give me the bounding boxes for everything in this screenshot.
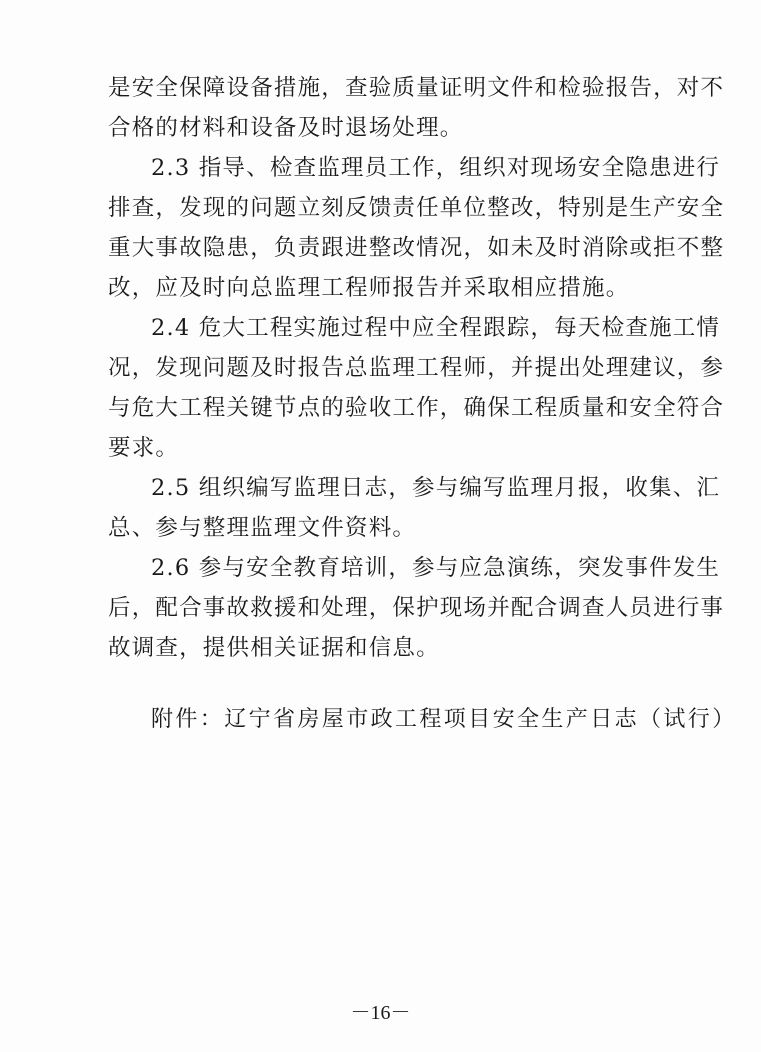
paragraph-line: 故调查，提供相关证据和信息。 xyxy=(108,633,648,663)
paragraph-line: 重大事故隐患，负责跟进整改情况，如未及时消除或拒不整 xyxy=(108,233,648,263)
document-page: 是安全保障设备措施，查验质量证明文件和检验报告，对不 合格的材料和设备及时退场处… xyxy=(0,0,761,1052)
paragraph-2-4-heading-line: 2.4 危大工程实施过程中应全程跟踪，每天检查施工情 xyxy=(151,313,648,343)
paragraph-line: 是安全保障设备措施，查验质量证明文件和检验报告，对不 xyxy=(108,73,648,103)
attachment-line: 附件：辽宁省房屋市政工程项目安全生产日志（试行） xyxy=(151,705,641,735)
paragraph-2-3-heading-line: 2.3 指导、检查监理员工作，组织对现场安全隐患进行 xyxy=(151,153,648,183)
paragraph-line: 后，配合事故救援和处理，保护现场并配合调查人员进行事 xyxy=(108,593,648,623)
paragraph-2-6-heading-line: 2.6 参与安全教育培训，参与应急演练，突发事件发生 xyxy=(151,553,648,583)
paragraph-line: 合格的材料和设备及时退场处理。 xyxy=(108,113,648,143)
paragraph-line: 况，发现问题及时报告总监理工程师，并提出处理建议，参 xyxy=(108,353,648,383)
paragraph-line: 改，应及时向总监理工程师报告并采取相应措施。 xyxy=(108,273,648,303)
paragraph-line: 与危大工程关键节点的验收工作，确保工程质量和安全符合 xyxy=(108,393,648,423)
page-number: －16－ xyxy=(0,1001,761,1025)
paragraph-2-5-heading-line: 2.5 组织编写监理日志，参与编写监理月报，收集、汇 xyxy=(151,473,648,503)
paragraph-line: 总、参与整理监理文件资料。 xyxy=(108,513,648,543)
paragraph-line: 要求。 xyxy=(108,433,648,463)
paragraph-line: 排查，发现的问题立刻反馈责任单位整改，特别是生产安全 xyxy=(108,193,648,223)
